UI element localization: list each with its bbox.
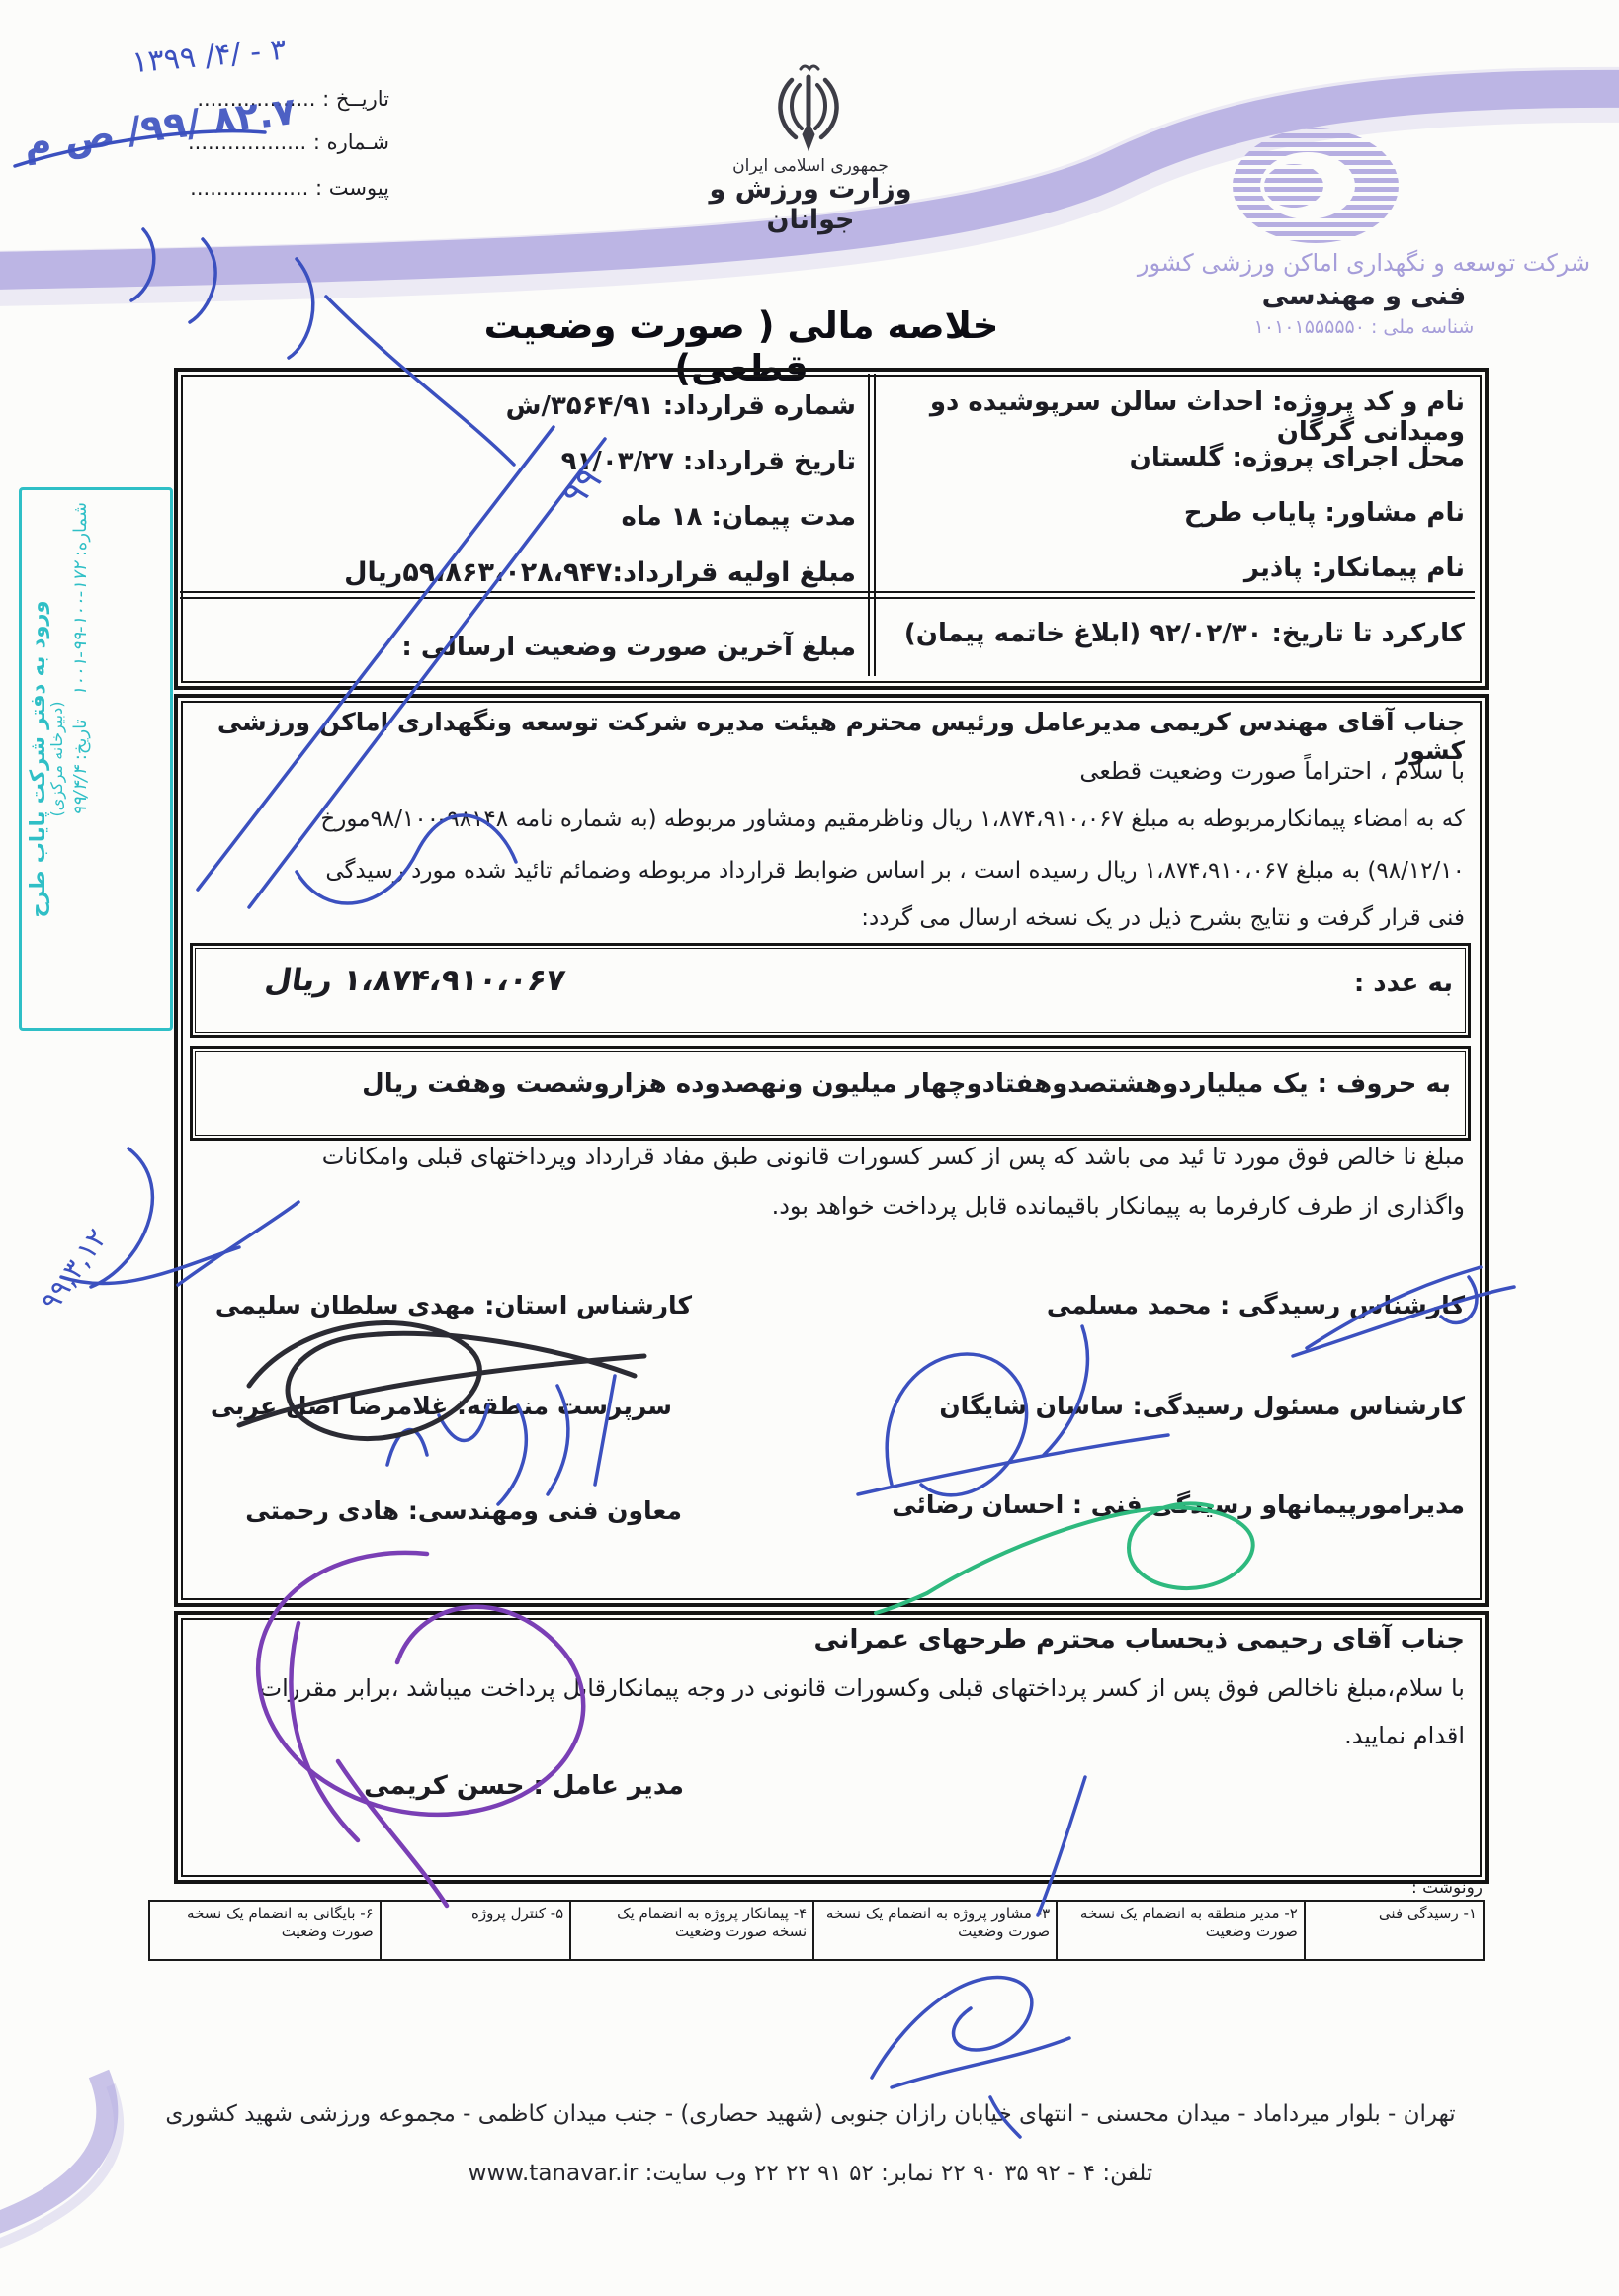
contract-duration: مدت پیمان: ۱۸ ماه [188, 502, 856, 532]
distribution-cell-6: ۶- بایگانی به انضمام یک نسخه صورت وضعیت [150, 1902, 380, 1959]
header-ministry: وزارت ورزش و جوانان [667, 174, 954, 235]
project-info-row-divider [180, 591, 1475, 599]
company-name: شرکت توسعه و نگهداری اماکن ورزشی کشور [1117, 249, 1611, 277]
letter-paragraph-line5: فنی قرار گرفت و نتایج بشرح ذیل در یک نسخ… [194, 905, 1465, 931]
footer-address: تهران - بلوار میرداماد - میدان محسنی - ا… [119, 2101, 1502, 2127]
handwritten-margin-date: ۹۹,۳,۱۲ [34, 1223, 113, 1317]
project-info-column-divider [868, 374, 876, 676]
letter-salutation: با سلام ، احتراماً صورت وضعیت قطعی [194, 757, 1465, 785]
header-attachment-line: پیوست : .................. [34, 176, 389, 200]
letter-paragraph-line4: ۹۸/۱۲/۱۰) به مبلغ ۱،۸۷۴،۹۱۰،۰۶۷ ریال رسی… [194, 858, 1465, 884]
stamp-title: ورود به دفتر شرکت پایاب طرح [26, 502, 49, 1016]
distribution-cell-1: ۱- رسیدگی فنی [1304, 1902, 1483, 1959]
project-location: محل اجرای پروژه: گلستان [882, 443, 1465, 472]
iran-emblem-icon [763, 61, 854, 160]
stamp-subtitle: (دبیرخانه مرکزی) [47, 502, 66, 1016]
treasurer-note-line2: با سلام،مبلغ ناخالص فوق پس از کسر پرداخت… [194, 1674, 1465, 1702]
amount-words-line: به حروف : یک میلیاردوهشتصدوهفتادوچهار می… [208, 1069, 1451, 1099]
signatory-senior-audit-expert: کارشناس مسئول رسیدگی: ساسان شایگان [890, 1392, 1465, 1420]
scanned-document-page: تاریــخ : .................. شـماره : ..… [0, 0, 1619, 2296]
distribution-cell-3: ۳- مشاور پروژه به انضمام یک نسخه صورت وض… [812, 1902, 1056, 1959]
project-name-code: نام و کد پروژه: احداث سالن سرپوشیده دو و… [882, 387, 1465, 447]
work-performed-to-date: کارکرد تا تاریخ: ۹۲/۰۲/۳۰ (ابلاغ خاتمه پ… [882, 619, 1465, 648]
net-note-line2: واگذاری از طرف کارفرما به پیمانکار باقیم… [194, 1192, 1465, 1220]
signatory-audit-expert: کارشناس رسیدگی : محمد مسلمی [890, 1291, 1465, 1319]
treasurer-addressee: جناب آقای رحیمی ذیحساب محترم طرحهای عمرا… [194, 1625, 1465, 1655]
managing-director-signature-label: مدیر عامل : حسن کریمی [356, 1771, 692, 1801]
distribution-label: رونوشت : [1374, 1878, 1483, 1898]
distribution-cell-5: ۵- کنترل پروژه [380, 1902, 569, 1959]
signatory-province-expert: کارشناس استان: مهدی سلطان سلیمی [198, 1291, 692, 1319]
header-country: جمهوری اسلامی ایران [692, 156, 929, 176]
signatory-contracts-director: مدیرامورپیمانهاو رسیدگی فنی : احسان رضائ… [890, 1490, 1465, 1519]
contract-initial-amount: مبلغ اولیه قرارداد:۵۹،۸۶۳،۰۲۸،۹۴۷ریال [188, 557, 856, 588]
entry-registration-stamp: ورود به دفتر شرکت پایاب طرح (دبیرخانه مر… [19, 487, 173, 1031]
amount-numeric-value: ۱،۸۷۴،۹۱۰،۰۶۷ ریال [224, 963, 605, 998]
last-statement-amount: مبلغ آخرین صورت وضعیت ارسالی : [188, 633, 856, 662]
company-national-id: شناسه ملی : ۱۰۱۰۱۵۵۵۵۵۰ [1206, 316, 1522, 338]
stamp-number-value: ۱۷۲-۱۰۰-۹۹-۱۰۰۱ [70, 562, 91, 697]
signatory-technical-deputy: معاون فنی ومهندسی: هادی رحمتی [198, 1496, 682, 1525]
company-logo-icon [1229, 125, 1403, 249]
stamp-number-label: شماره: [70, 502, 91, 556]
letterhead-swoosh-bottom [0, 2046, 217, 2296]
consultant-name: نام مشاور: پایاب طرح [882, 498, 1465, 528]
contract-number: شماره قرارداد: ۳۵۶۴/۹۱/ش [188, 391, 856, 421]
treasurer-note-line3: اقدام نمایید. [194, 1722, 1465, 1749]
letter-paragraph-line3: که به امضاء پیمانکارمربوطه به مبلغ ۱،۸۷۴… [194, 807, 1465, 832]
stamp-date-value: ۹۹/۴/۴ [70, 766, 91, 816]
distribution-cell-2: ۲- مدیر منطقه به انضمام یک نسخه صورت وضع… [1056, 1902, 1304, 1959]
amount-numeric-label: به عدد : [1226, 969, 1453, 998]
stamp-date-label: تاریخ: [70, 719, 91, 760]
contract-date: تاریخ قرارداد: ۹۱/۰۳/۲۷ [188, 447, 856, 476]
footer-phones: تلفن: ۴ - ۹۲ ۳۵ ۹۰ ۲۲ نمابر: ۵۲ ۹۱ ۲۲ ۲۲… [217, 2161, 1404, 2186]
contractor-name: نام پیمانکار: پاذیر [882, 553, 1465, 583]
signatory-region-supervisor: سرپرست منطقه: غلامرضا اصل عربی [198, 1392, 672, 1420]
distribution-table: ۱- رسیدگی فنی ۲- مدیر منطقه به انضمام یک… [148, 1900, 1485, 1961]
distribution-cell-4: ۴- پیمانکار پروژه به انضمام یک نسخه صورت… [569, 1902, 812, 1959]
company-division: فنی و مهندسی [1216, 281, 1512, 311]
net-note-line1: مبلغ نا خالص فوق مورد تا ئید می باشد که … [194, 1143, 1465, 1170]
